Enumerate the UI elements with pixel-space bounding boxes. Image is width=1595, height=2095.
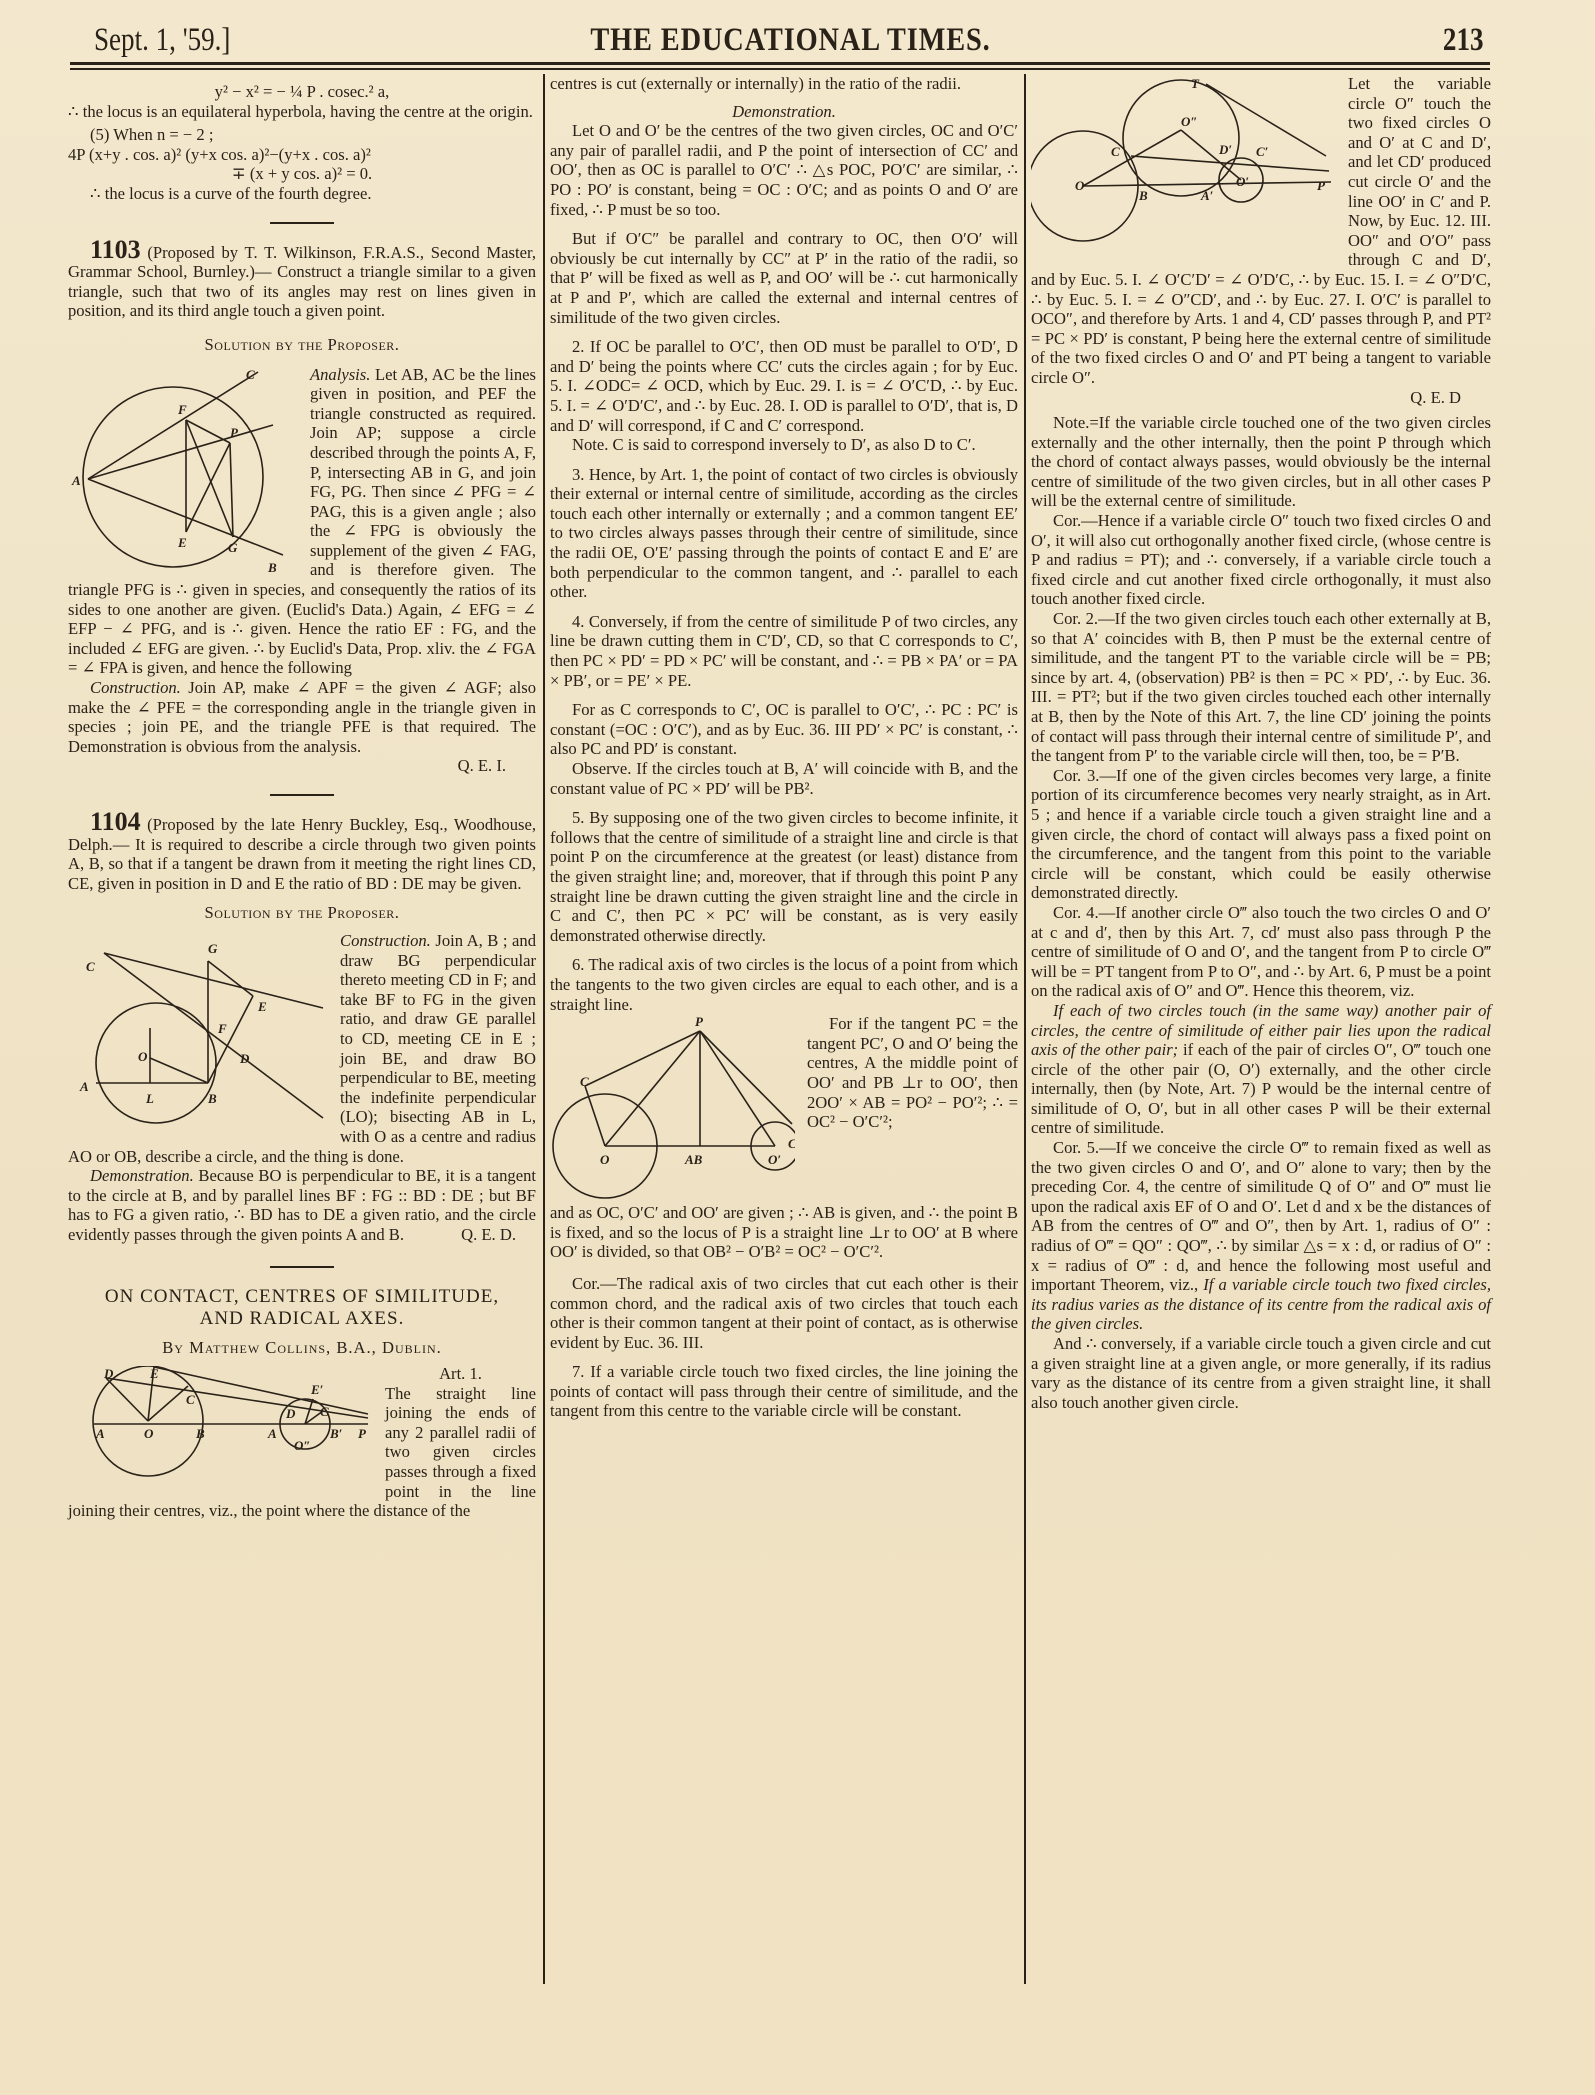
article-4: 4. Conversely, if from the centre of sim… <box>550 612 1018 690</box>
paragraph: Let O and O′ be the centres of the two g… <box>550 121 1018 219</box>
article-byline: By Matthew Collins, B.A., Dublin. <box>68 1338 536 1358</box>
column-divider-2 <box>1024 74 1026 1984</box>
qei-mark: Q. E. I. <box>68 756 536 776</box>
svg-text:F: F <box>217 1021 227 1036</box>
svg-text:T: T <box>1191 76 1200 91</box>
article-6: 6. The radical axis of two circles is th… <box>550 955 1018 1014</box>
svg-text:B: B <box>267 560 277 575</box>
header-rule-bottom <box>70 68 1490 70</box>
page-header: Sept. 1, '59.] THE EDUCATIONAL TIMES. 21… <box>88 18 1493 66</box>
demonstration-label: Demonstration. <box>90 1166 194 1185</box>
paragraph: ∴ the locus is an equilateral hyperbola,… <box>68 102 536 122</box>
theorem-paragraph: If each of two circles touch (in the sam… <box>1031 1001 1491 1138</box>
svg-text:B: B <box>1138 188 1148 203</box>
column-middle: centres is cut (externally or internally… <box>550 74 1018 1421</box>
corollary-5: Cor. 5.—If we conceive the circle O‴ to … <box>1031 1138 1491 1334</box>
solution-heading: Solution by the Proposer. <box>68 335 536 355</box>
question-1103: 1103 (Proposed by T. T. Wilkinson, F.R.A… <box>68 240 536 321</box>
svg-text:B′: B′ <box>329 1426 343 1441</box>
section-divider <box>270 1266 334 1268</box>
column-left: y² − x² = − ¼ P . cosec.² a, ∴ the locus… <box>68 74 536 1521</box>
question-statement: It is required to describe a circle thro… <box>68 835 536 893</box>
paragraph: centres is cut (externally or internally… <box>550 74 1018 94</box>
svg-text:C: C <box>186 1392 195 1407</box>
corollary-paragraph: Cor.—The radical axis of two circles tha… <box>550 1274 1018 1352</box>
corollary-3: Cor. 3.—If one of the given circles beco… <box>1031 766 1491 903</box>
svg-text:C: C <box>580 1074 589 1089</box>
corollary-4: Cor. 4.—If another circle O‴ also touch … <box>1031 903 1491 1001</box>
svg-text:D: D <box>285 1406 296 1421</box>
svg-text:G: G <box>228 540 238 555</box>
construction-label: Construction. <box>340 931 431 950</box>
svg-text:C: C <box>320 1404 329 1419</box>
question-number: 1103 <box>90 235 141 264</box>
svg-text:E: E <box>177 535 187 550</box>
construction-paragraph: Construction. Join AP, make ∠ APF = the … <box>68 678 536 756</box>
svg-text:P: P <box>1317 178 1326 193</box>
svg-text:D: D <box>103 1366 114 1381</box>
svg-text:O′: O′ <box>1236 174 1249 189</box>
observe-paragraph: Observe. If the circles touch at B, A′ w… <box>550 759 1018 798</box>
corollary-2: Cor. 2.—If the two given circles touch e… <box>1031 609 1491 766</box>
demonstration-heading-text: Demonstration. <box>732 102 836 121</box>
figure-1103-triangle-diagram: CFP AEGB <box>68 367 298 577</box>
svg-text:AB: AB <box>684 1152 703 1167</box>
equation-quartic-b: ∓ (x + y cos. a)² = 0. <box>68 164 536 184</box>
final-paragraph: And ∴ conversely, if a variable circle t… <box>1031 1334 1491 1412</box>
svg-text:D′: D′ <box>1218 142 1232 157</box>
column-divider-1 <box>543 74 545 1984</box>
svg-text:A: A <box>95 1426 105 1441</box>
equation-hyperbola: y² − x² = − ¼ P . cosec.² a, <box>68 82 536 102</box>
svg-text:A: A <box>79 1079 89 1094</box>
analysis-label: Analysis. <box>310 365 370 385</box>
svg-text:P: P <box>695 1016 704 1029</box>
article-title: ON CONTACT, CENTRES OF SIMILITUDE, AND R… <box>68 1286 536 1330</box>
column-right: TO″C D′C′O BA′O′P Let the variable circl… <box>1031 74 1491 1412</box>
corollary-1: Cor.—Hence if a variable circle O″ touch… <box>1031 511 1491 609</box>
svg-text:C: C <box>788 1136 795 1151</box>
svg-text:O: O <box>144 1426 154 1441</box>
figure-art1-two-circles-diagram: DEC AOB E′DC AO″B′P <box>68 1366 373 1481</box>
svg-text:B: B <box>207 1091 217 1106</box>
svg-text:A: A <box>267 1426 277 1441</box>
svg-text:D: D <box>239 1051 250 1066</box>
svg-text:O: O <box>600 1152 610 1167</box>
svg-text:O″: O″ <box>294 1438 311 1453</box>
paragraph: and as OC, O′C′ and OO′ are given ; ∴ AB… <box>550 1203 1018 1262</box>
paragraph: But if O′C″ be parallel and contrary to … <box>550 229 1018 327</box>
note-paragraph: Note. C is said to correspond inversely … <box>550 435 1018 455</box>
svg-text:O′: O′ <box>768 1152 781 1167</box>
article-2: 2. If OC be parallel to O′C′, then OD mu… <box>550 337 1018 435</box>
svg-text:F: F <box>177 402 187 417</box>
svg-text:A: A <box>71 473 81 488</box>
article-3: 3. Hence, by Art. 1, the point of contac… <box>550 465 1018 602</box>
svg-text:O: O <box>1075 178 1085 193</box>
question-number: 1104 <box>90 807 141 836</box>
svg-text:L: L <box>145 1091 154 1106</box>
qed-mark: Q. E. D. <box>439 1225 536 1245</box>
solution-heading: Solution by the Proposer. <box>68 903 536 923</box>
svg-text:C′: C′ <box>1256 144 1269 159</box>
publication-title: THE EDUCATIONAL TIMES. <box>186 22 1394 59</box>
article-7: 7. If a variable circle touch two fixed … <box>550 1362 1018 1421</box>
svg-text:G: G <box>208 941 218 956</box>
demonstration-paragraph: Demonstration. Because BO is perpendicul… <box>68 1166 536 1244</box>
svg-text:E′: E′ <box>310 1382 324 1397</box>
page-number: 213 <box>1442 22 1483 59</box>
svg-text:C: C <box>1111 144 1120 159</box>
construction-label: Construction. <box>90 678 181 697</box>
article-5: 5. By supposing one of the two given cir… <box>550 808 1018 945</box>
svg-text:C: C <box>246 367 255 382</box>
svg-text:P: P <box>230 425 239 440</box>
figure-art6-radical-axis-diagram: PCO ABO′C <box>550 1016 795 1201</box>
qed-mark: Q. E. D <box>1031 388 1491 408</box>
section-divider <box>270 794 334 796</box>
svg-text:P: P <box>358 1426 367 1441</box>
paragraph: ∴ the locus is a curve of the fourth deg… <box>68 184 536 204</box>
svg-text:B: B <box>195 1426 205 1441</box>
section-divider <box>270 222 334 224</box>
paragraph: For as C corresponds to C′, OC is parall… <box>550 700 1018 759</box>
svg-text:O″: O″ <box>1181 114 1198 129</box>
corollary-5-text: Cor. 5.—If we conceive the circle O‴ to … <box>1031 1138 1491 1294</box>
svg-text:E: E <box>257 999 267 1014</box>
demonstration-heading: Demonstration. <box>550 102 1018 122</box>
equation-quartic-a: 4P (x+y . cos. a)² (y+x cos. a)²−(y+x . … <box>68 145 536 165</box>
note-paragraph: Note.=If the variable circle touched one… <box>1031 413 1491 511</box>
svg-text:C: C <box>86 959 95 974</box>
svg-text:A′: A′ <box>1200 188 1214 203</box>
figure-1104-circle-tangent-diagram: CGE FOD ALB <box>68 933 328 1133</box>
figure-art7-variable-circle-diagram: TO″C D′C′O BA′O′P <box>1031 76 1336 266</box>
svg-text:O: O <box>138 1049 148 1064</box>
question-1104: 1104 (Proposed by the late Henry Buckley… <box>68 812 536 893</box>
svg-text:E: E <box>149 1366 159 1381</box>
newspaper-page: Sept. 1, '59.] THE EDUCATIONAL TIMES. 21… <box>0 0 1595 2095</box>
analysis-text: Let AB, AC be the lines given in positio… <box>310 365 536 502</box>
header-rule-top <box>70 62 1490 65</box>
case-5-heading: (5) When n = − 2 ; <box>68 125 536 145</box>
